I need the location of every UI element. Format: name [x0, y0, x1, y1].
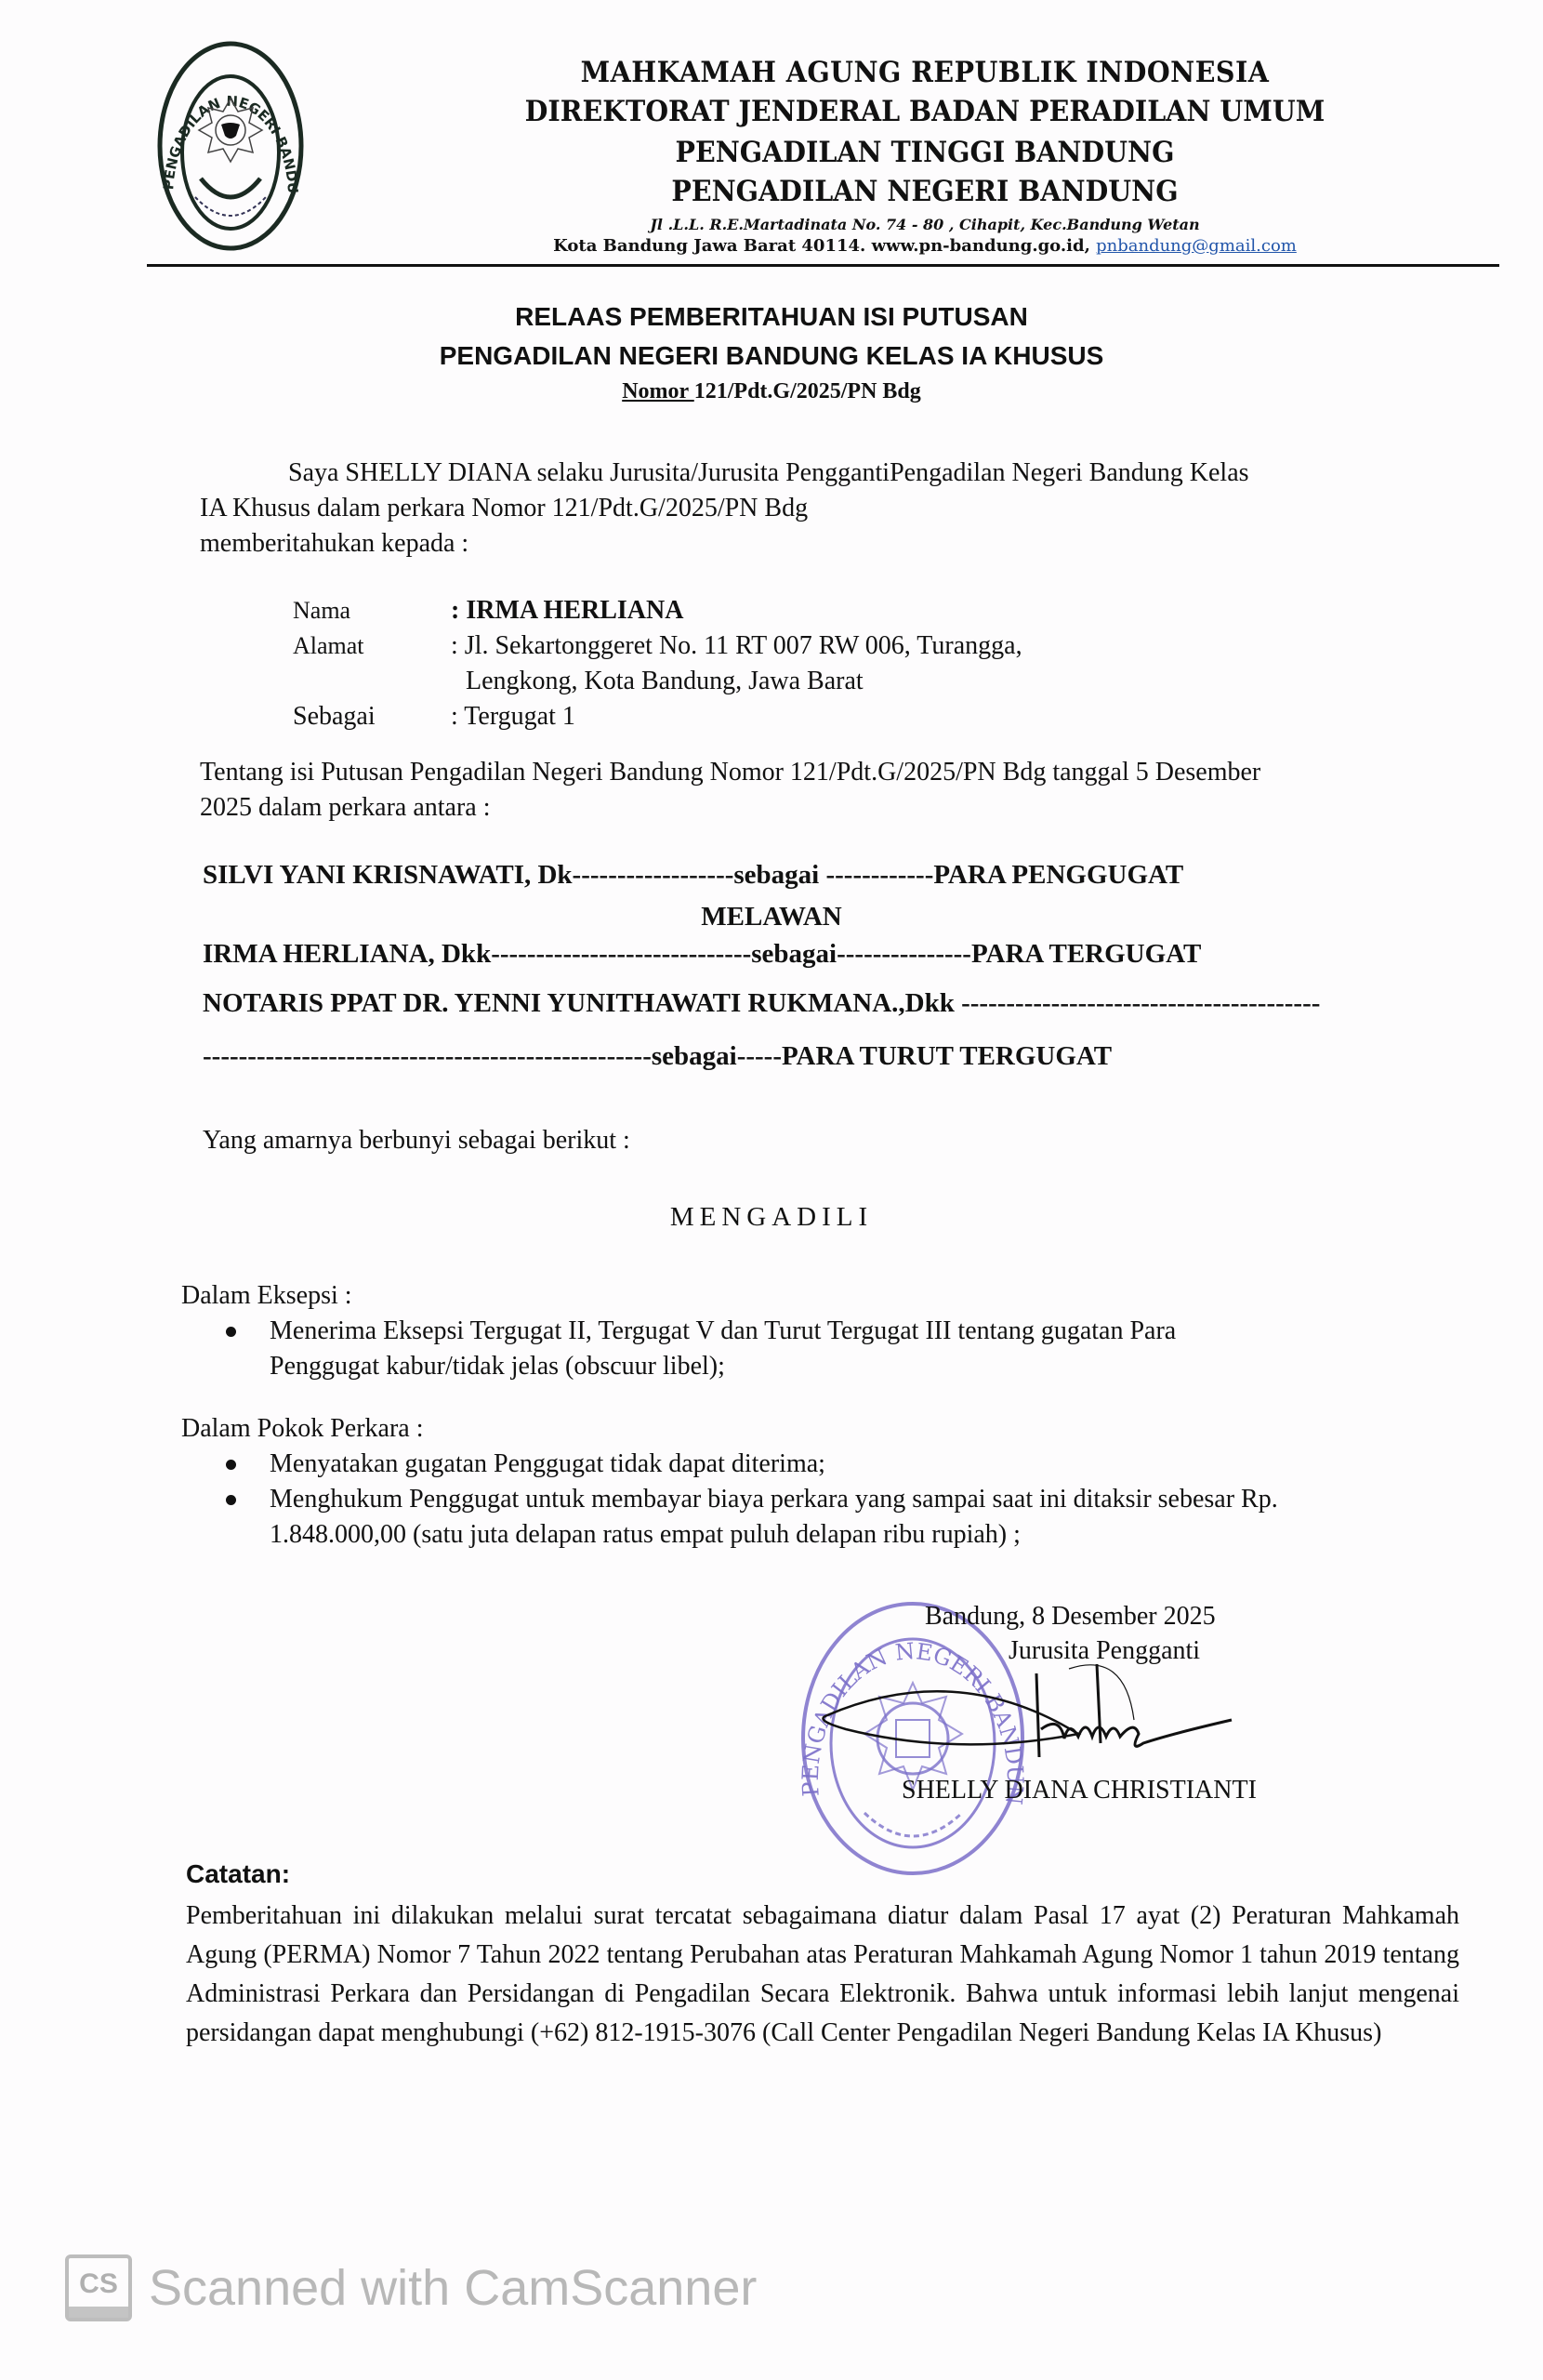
nama-label: Nama — [293, 593, 451, 628]
intro-paragraph: Saya SHELLY DIANA selaku Jurusita/Jurusi… — [200, 456, 1455, 562]
case-number: Nomor 121/Pdt.G/2025/PN Bdg — [0, 379, 1543, 404]
case-number-value: 121/Pdt.G/2025/PN Bdg — [694, 379, 921, 403]
bullet-icon — [226, 1460, 236, 1470]
sebagai-value: : Tergugat 1 — [451, 702, 575, 731]
case-number-label: Nomor — [622, 379, 694, 403]
signature-name: SHELLY DIANA CHRISTIANTI — [902, 1776, 1257, 1805]
letterhead-line-2: DIREKTORAT JENDERAL BADAN PERADILAN UMUM — [433, 95, 1417, 128]
alamat-value-1: : Jl. Sekartonggeret No. 11 RT 007 RW 00… — [451, 631, 1022, 660]
camscanner-watermark: CS Scanned with CamScanner — [65, 2254, 757, 2321]
sebagai-label: Sebagai — [293, 699, 451, 734]
pokok-item-2-line-1: Menghukum Penggugat untuk membayar biaya… — [270, 1482, 1501, 1517]
handwritten-signature-icon — [818, 1664, 1264, 1785]
bullet-icon — [226, 1495, 236, 1505]
pokok-item-2-line-2: 1.848.000,00 (satu juta delapan ratus em… — [270, 1517, 1501, 1553]
letterhead-divider — [147, 264, 1499, 267]
catatan-heading: Catatan: — [186, 1859, 290, 1889]
pokok-item: Menyatakan gugatan Penggugat tidak dapat… — [181, 1447, 1501, 1482]
letterhead-address-2: Kota Bandung Jawa Barat 40114. www.pn-ba… — [390, 236, 1459, 256]
address-text: Kota Bandung Jawa Barat 40114. www.pn-ba… — [553, 236, 1096, 256]
camscanner-text: Scanned with CamScanner — [149, 2259, 757, 2317]
party-turut-tergugat-1: NOTARIS PPAT DR. YENNI YUNITHAWATI RUKMA… — [203, 988, 1320, 1019]
party-melawan: MELAWAN — [0, 902, 1543, 932]
eksepsi-item: Menerima Eksepsi Tergugat II, Tergugat V… — [181, 1314, 1483, 1384]
intro-line-3: memberitahukan kepada : — [200, 526, 1455, 562]
eksepsi-item-line-2: Penggugat kabur/tidak jelas (obscuur lib… — [270, 1349, 1483, 1384]
recipient-block: Nama: IRMA HERLIANA Alamat: Jl. Sekarton… — [293, 593, 1022, 734]
pokok-heading: Dalam Pokok Perkara : — [181, 1411, 1501, 1447]
email-link[interactable]: pnbandung@gmail.com — [1096, 236, 1297, 256]
nama-value: : IRMA HERLIANA — [451, 596, 683, 625]
camscanner-logo-icon: CS — [65, 2254, 132, 2321]
letterhead-line-4: PENGADILAN NEGERI BANDUNG — [433, 175, 1417, 208]
letterhead-line-1: MAHKAMAH AGUNG REPUBLIK INDONESIA — [433, 56, 1417, 89]
pokok-item-1-line-1: Menyatakan gugatan Penggugat tidak dapat… — [270, 1447, 1501, 1482]
party-penggugat: SILVI YANI KRISNAWATI, Dk---------------… — [203, 860, 1183, 891]
tentang-line-2: 2025 dalam perkara antara : — [200, 790, 1464, 826]
bullet-icon — [226, 1327, 236, 1337]
eksepsi-heading: Dalam Eksepsi : — [181, 1278, 1483, 1314]
pokok-item: Menghukum Penggugat untuk membayar biaya… — [181, 1482, 1501, 1553]
eksepsi-section: Dalam Eksepsi : Menerima Eksepsi Terguga… — [181, 1278, 1483, 1384]
letterhead-line-3: PENGADILAN TINGGI BANDUNG — [433, 136, 1417, 169]
catatan-text: Pemberitahuan ini dilakukan melalui sura… — [186, 1897, 1459, 2053]
mengadili-heading: MENGADILI — [0, 1202, 1543, 1233]
eksepsi-item-line-1: Menerima Eksepsi Tergugat II, Tergugat V… — [270, 1314, 1483, 1349]
court-logo-icon: PENGADILAN NEGERI BANDUNG — [156, 39, 305, 253]
signature-role: Jurusita Pengganti — [1009, 1636, 1200, 1666]
tentang-line-1: Tentang isi Putusan Pengadilan Negeri Ba… — [200, 755, 1464, 790]
alamat-value-2: Lengkong, Kota Bandung, Jawa Barat — [451, 667, 864, 695]
svg-text:PENGADILAN NEGERI BANDUNG: PENGADILAN NEGERI BANDUNG — [156, 39, 301, 194]
tentang-paragraph: Tentang isi Putusan Pengadilan Negeri Ba… — [200, 755, 1464, 826]
pokok-perkara-section: Dalam Pokok Perkara : Menyatakan gugatan… — [181, 1411, 1501, 1553]
document-title-1: RELAAS PEMBERITAHUAN ISI PUTUSAN — [0, 302, 1543, 332]
intro-line-1: Saya SHELLY DIANA selaku Jurusita/Jurusi… — [200, 456, 1455, 491]
party-turut-tergugat-2: ----------------------------------------… — [203, 1041, 1112, 1072]
letterhead-address-1: Jl .L.L. R.E.Martadinata No. 74 - 80 , C… — [390, 216, 1459, 233]
alamat-label: Alamat — [293, 628, 451, 664]
party-tergugat: IRMA HERLIANA, Dkk----------------------… — [203, 939, 1201, 970]
amar-intro: Yang amarnya berbunyi sebagai berikut : — [203, 1123, 630, 1158]
document-title-2: PENGADILAN NEGERI BANDUNG KELAS IA KHUSU… — [0, 341, 1543, 371]
signature-place-date: Bandung, 8 Desember 2025 — [925, 1602, 1216, 1632]
intro-line-2: IA Khusus dalam perkara Nomor 121/Pdt.G/… — [200, 491, 1455, 526]
